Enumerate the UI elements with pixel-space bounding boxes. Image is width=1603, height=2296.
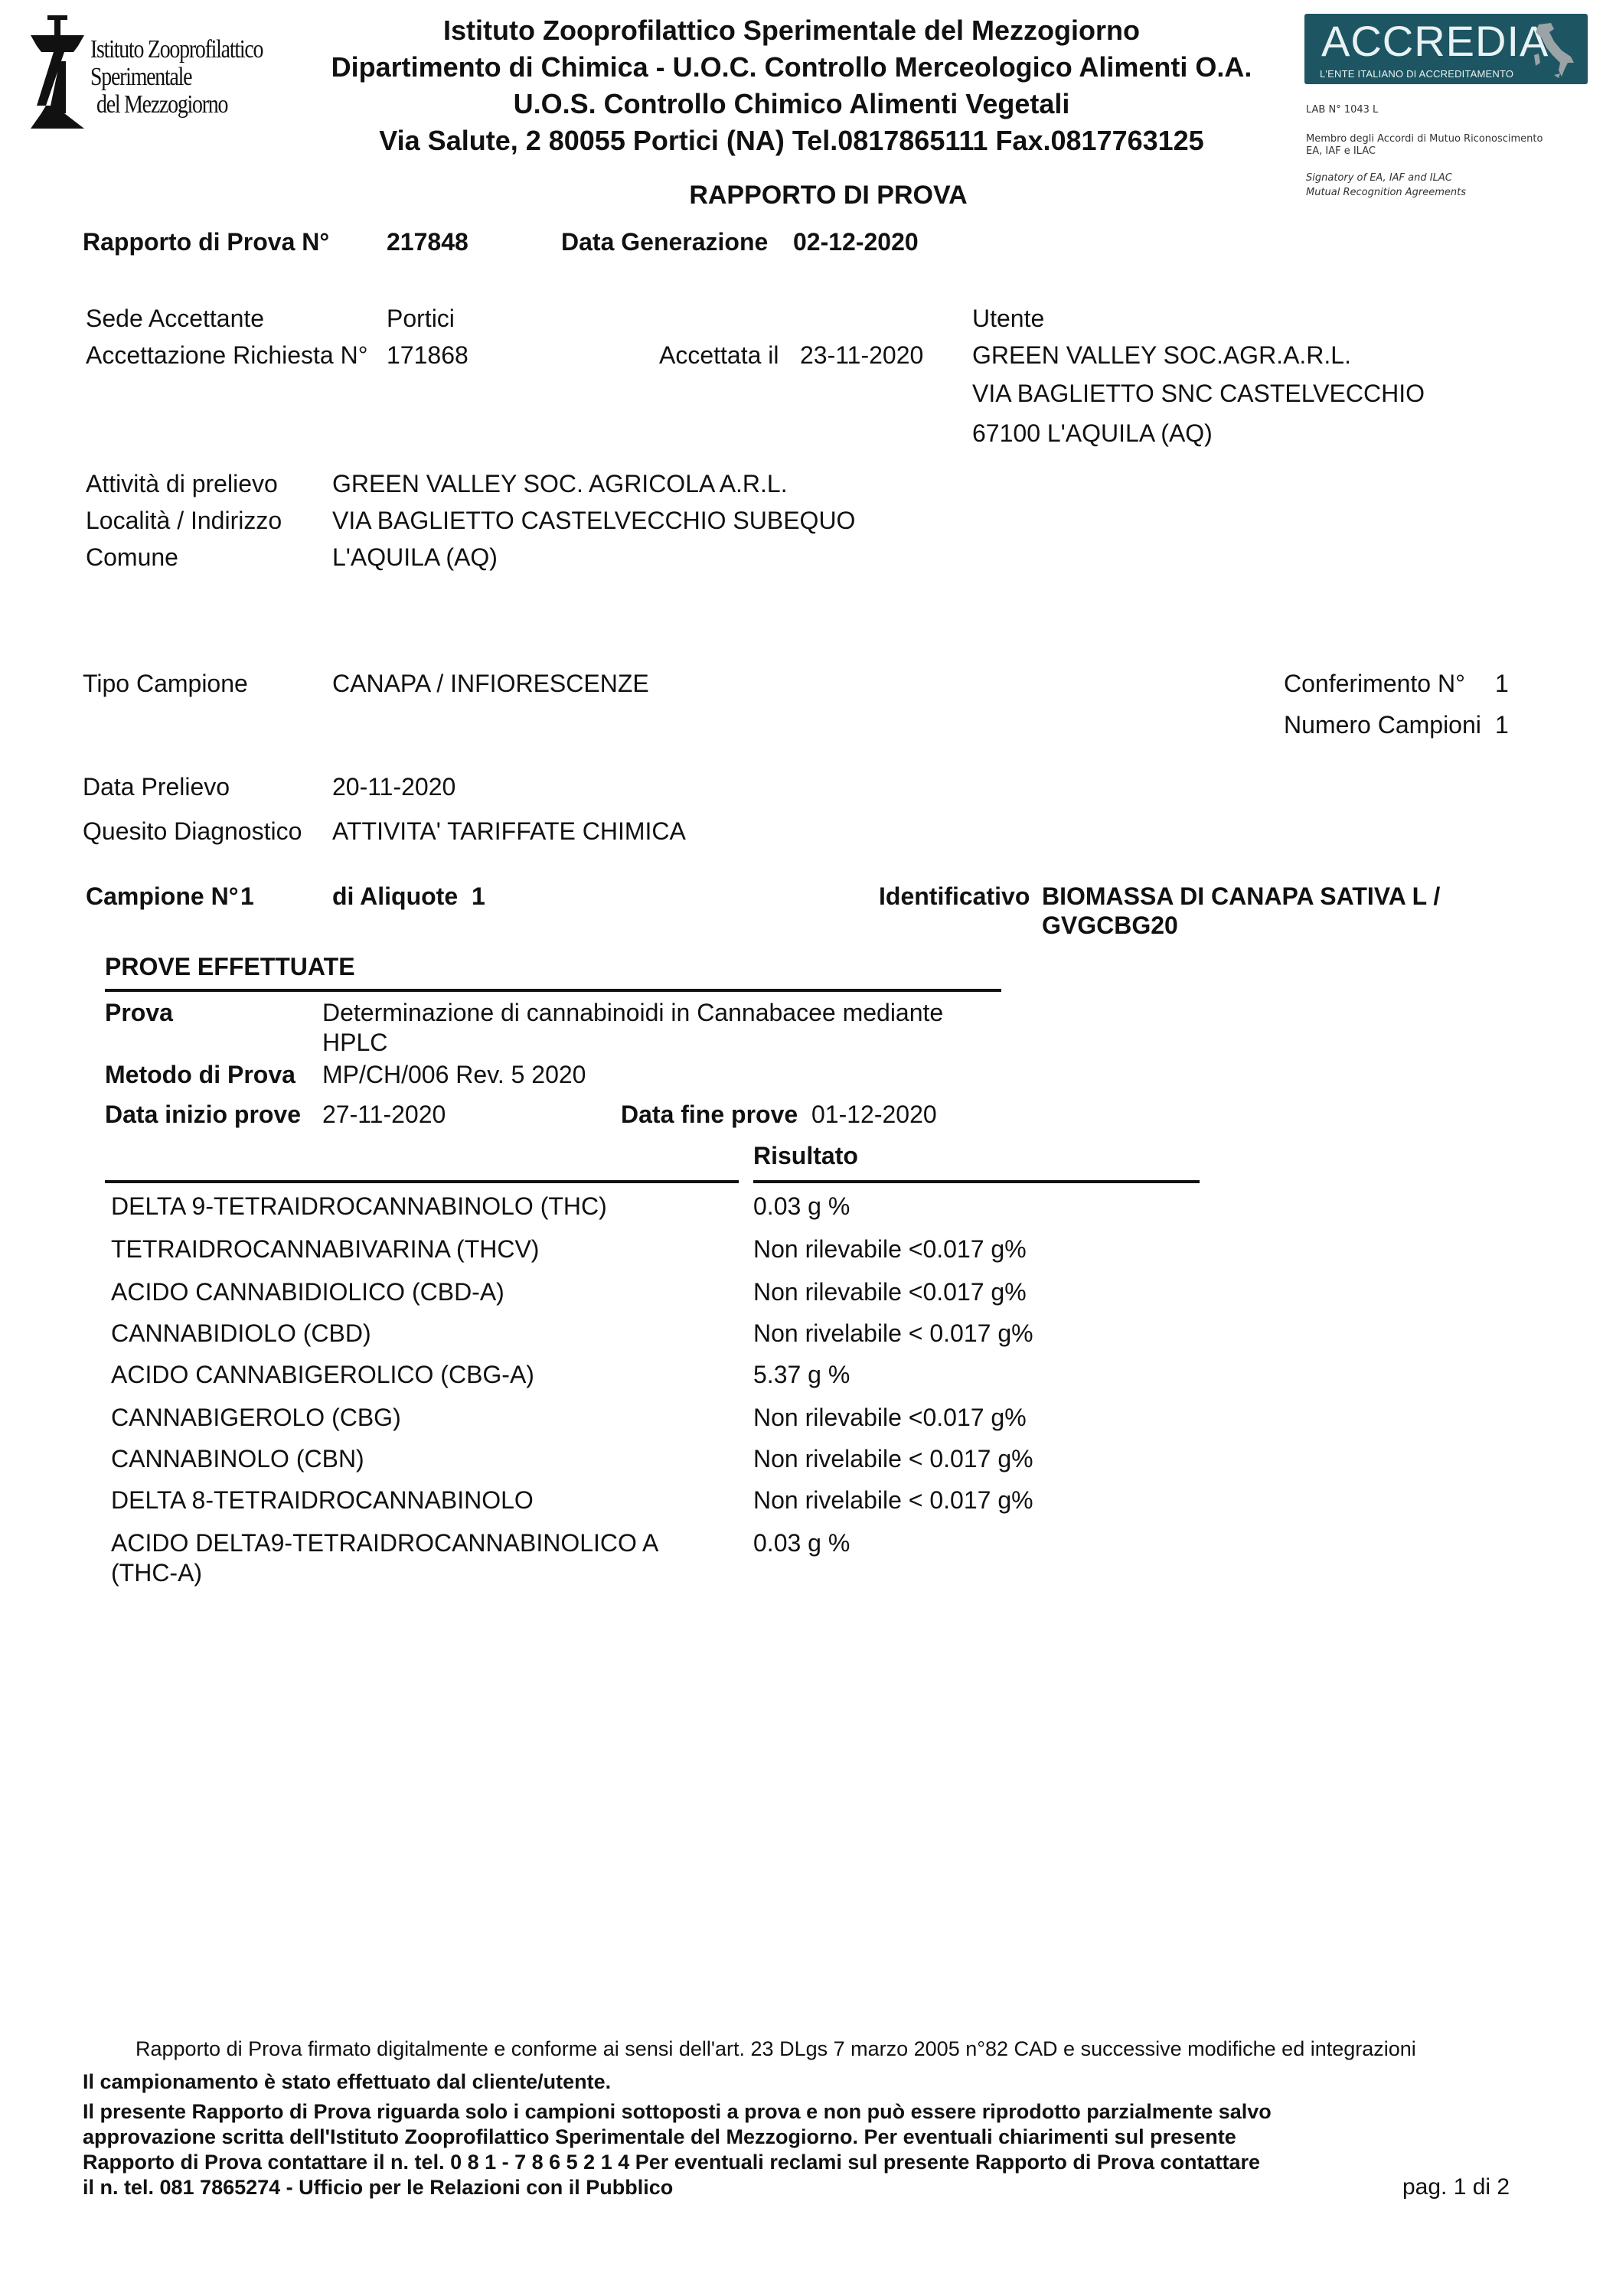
user-label: Utente — [972, 306, 1044, 331]
sample-count: 1 — [1495, 713, 1509, 737]
analyte-column-rule — [105, 1180, 739, 1183]
user-city: 67100 L'AQUILA (AQ) — [972, 421, 1213, 445]
analyte-name: TETRAIDROCANNABIVARINA (THCV) — [111, 1237, 539, 1261]
site-label: Sede Accettante — [86, 306, 264, 331]
sampling-note: Il campionamento è stato effettuato dal … — [83, 2072, 611, 2092]
analyte-result: Non rilevabile <0.017 g% — [753, 1405, 1027, 1430]
identifier-line2: GVGCBG20 — [1042, 913, 1178, 938]
analyte-name: CANNABIDIOLO (CBD) — [111, 1321, 371, 1345]
analyte-name: ACIDO DELTA9-TETRAIDROCANNABINOLICO A — [111, 1531, 658, 1555]
activity-value: GREEN VALLEY SOC. AGRICOLA A.R.L. — [332, 471, 788, 496]
analyte-result: Non rivelabile < 0.017 g% — [753, 1488, 1033, 1512]
aliquots-number: 1 — [472, 884, 485, 908]
analyte-name: DELTA 8-TETRAIDROCANNABINOLO — [111, 1488, 534, 1512]
diagnostic-question: ATTIVITA' TARIFFATE CHIMICA — [332, 819, 686, 843]
analyte-name: CANNABINOLO (CBN) — [111, 1446, 364, 1471]
accredia-badge: ACCREDIA L'ENTE ITALIANO DI ACCREDITAMEN… — [1304, 14, 1588, 84]
delivery-number: 1 — [1495, 671, 1509, 696]
test-description-cont: HPLC — [322, 1030, 387, 1055]
lab-number: LAB N° 1043 L — [1306, 105, 1378, 116]
analyte-result: Non rivelabile < 0.017 g% — [753, 1321, 1033, 1345]
accreditation-signatory: Signatory of EA, IAF and ILAC — [1306, 173, 1452, 184]
italy-map-icon — [1531, 21, 1577, 78]
section-divider — [105, 989, 1001, 992]
user-name: GREEN VALLEY SOC.AGR.A.R.L. — [972, 343, 1351, 367]
delivery-label: Conferimento N° — [1284, 671, 1465, 696]
request-number: 171868 — [387, 343, 468, 367]
disclaimer-line: Il presente Rapporto di Prova riguarda s… — [83, 2102, 1272, 2122]
accepted-label: Accettata il — [659, 343, 779, 367]
result-column-header: Risultato — [753, 1143, 858, 1168]
sample-type-label: Tipo Campione — [83, 671, 248, 696]
diagnostic-question-label: Quesito Diagnostico — [83, 819, 302, 843]
accredia-brand: ACCREDIA — [1321, 20, 1549, 63]
analyte-name: ACIDO CANNABIDIOLICO (CBD-A) — [111, 1280, 504, 1304]
activity-label: Attività di prelievo — [86, 471, 278, 496]
start-date-label: Data inizio prove — [105, 1102, 301, 1127]
test-label: Prova — [105, 1000, 173, 1025]
sample-number-label: Campione N° — [86, 884, 238, 908]
accreditation-member: EA, IAF e ILAC — [1306, 146, 1376, 158]
end-date-label: Data fine prove — [621, 1102, 798, 1127]
method-label: Metodo di Prova — [105, 1062, 295, 1087]
accredia-tagline: L'ENTE ITALIANO DI ACCREDITAMENTO — [1320, 69, 1513, 79]
analyte-result: Non rilevabile <0.017 g% — [753, 1237, 1027, 1261]
sample-count-label: Numero Campioni — [1284, 713, 1481, 737]
sampling-date-label: Data Prelievo — [83, 775, 230, 799]
report-number: 217848 — [387, 230, 468, 254]
analyte-result: 5.37 g % — [753, 1362, 850, 1387]
report-number-label: Rapporto di Prova N° — [83, 230, 329, 254]
town-value: L'AQUILA (AQ) — [332, 545, 498, 569]
page-number: pag. 1 di 2 — [1402, 2176, 1510, 2199]
town-label: Comune — [86, 545, 178, 569]
tests-section-title: PROVE EFFETTUATE — [105, 954, 355, 979]
sampling-date: 20-11-2020 — [332, 775, 455, 799]
generation-date-label: Data Generazione — [561, 230, 768, 254]
accepted-date: 23-11-2020 — [800, 343, 923, 367]
start-date: 27-11-2020 — [322, 1102, 446, 1127]
sample-type: CANAPA / INFIORESCENZE — [332, 671, 649, 696]
analyte-result: Non rilevabile <0.017 g% — [753, 1280, 1027, 1304]
address-label: Località / Indirizzo — [86, 508, 282, 533]
site-value: Portici — [387, 306, 455, 331]
aliquots-label: di Aliquote — [332, 884, 458, 908]
generation-date: 02-12-2020 — [793, 230, 919, 254]
disclaimer-line: approvazione scritta dell'Istituto Zoopr… — [83, 2127, 1236, 2148]
end-date: 01-12-2020 — [811, 1102, 937, 1127]
analyte-name: ACIDO CANNABIGEROLICO (CBG-A) — [111, 1362, 534, 1387]
analyte-result: Non rivelabile < 0.017 g% — [753, 1446, 1033, 1471]
identifier-line1: BIOMASSA DI CANAPA SATIVA L / — [1042, 884, 1440, 908]
test-description: Determinazione di cannabinoidi in Cannab… — [322, 1000, 943, 1025]
disclaimer-line: Rapporto di Prova contattare il n. tel. … — [83, 2152, 1260, 2173]
analyte-result: 0.03 g % — [753, 1194, 850, 1218]
result-column-rule — [753, 1180, 1200, 1183]
analyte-result: 0.03 g % — [753, 1531, 850, 1555]
analyte-name: CANNABIGEROLO (CBG) — [111, 1405, 401, 1430]
address-value: VIA BAGLIETTO CASTELVECCHIO SUBEQUO — [332, 508, 855, 533]
disclaimer-line: il n. tel. 081 7865274 - Ufficio per le … — [83, 2177, 673, 2198]
accreditation-signatory: Mutual Recognition Agreements — [1306, 188, 1466, 199]
identifier-label: Identificativo — [879, 884, 1030, 908]
sample-number: 1 — [240, 884, 254, 908]
request-label: Accettazione Richiesta N° — [86, 343, 368, 367]
user-address: VIA BAGLIETTO SNC CASTELVECCHIO — [972, 381, 1425, 406]
analyte-name-cont: (THC-A) — [111, 1561, 202, 1585]
accreditation-member: Membro degli Accordi di Mutuo Riconoscim… — [1306, 134, 1543, 145]
analyte-name: DELTA 9-TETRAIDROCANNABINOLO (THC) — [111, 1194, 607, 1218]
method-value: MP/CH/006 Rev. 5 2020 — [322, 1062, 586, 1087]
digital-signature-note: Rapporto di Prova firmato digitalmente e… — [135, 2039, 1416, 2060]
